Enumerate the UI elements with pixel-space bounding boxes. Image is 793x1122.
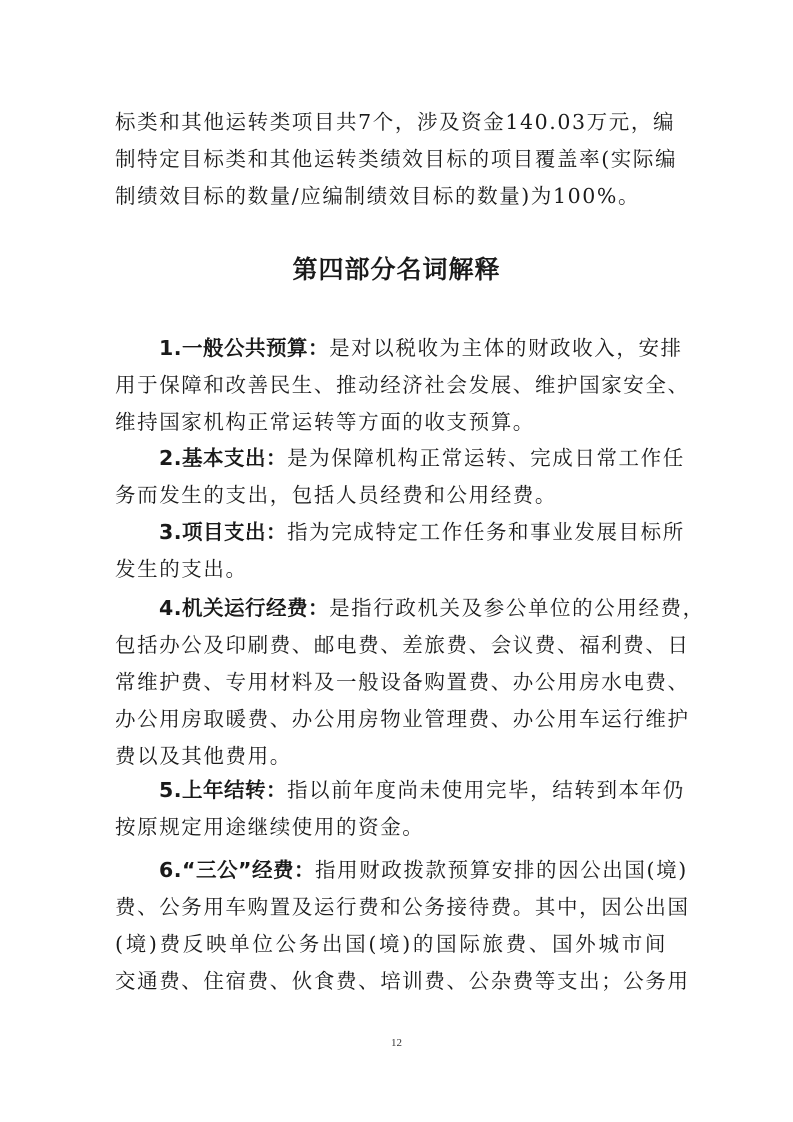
text-line: 发生的支出。 [115,551,667,588]
definition-term: 2.基本支出： [159,446,287,470]
definition-basic-expenditure: 2.基本支出：是为保障机构正常运转、完成日常工作任 务而发生的支出，包括人员经费… [115,440,667,514]
definition-three-public-expenses: 6.“三公”经费：指用财政拨款预算安排的因公出国(境) 费、公务用车购置及运行费… [115,852,667,1000]
text-line: 费以及其他费用。 [115,738,667,775]
definition-project-expenditure: 3.项目支出：指为完成特定工作任务和事业发展目标所 发生的支出。 [115,514,667,588]
text-line: 交通费、住宿费、伙食费、培训费、公杂费等支出；公务用 [115,963,667,1000]
definition-general-public-budget: 1.一般公共预算：是对以税收为主体的财政收入，安排 用于保障和改善民生、推动经济… [115,330,667,441]
text-line: 常维护费、专用材料及一般设备购置费、办公用房水电费、 [115,664,667,701]
definition-text: 是为保障机构正常运转、完成日常工作任 [287,446,685,470]
page-number: 12 [0,1037,793,1049]
definition-term: 5.上年结转： [159,778,287,802]
definition-operating-expenses: 4.机关运行经费：是指行政机关及参公单位的公用经费， 包括办公及印刷费、邮电费、… [115,590,667,775]
text-line: (境)费反映单位公务出国(境)的国际旅费、国外城市间 [115,926,667,963]
definition-term: 1.一般公共预算： [159,336,329,360]
definition-term: 3.项目支出： [159,520,287,544]
text-line: 办公用房取暖费、办公用房物业管理费、办公用车运行维护 [115,701,667,738]
text-line: 制绩效目标的数量/应编制绩效目标的数量)为100%。 [115,178,667,215]
text-line: 制特定目标类和其他运转类绩效目标的项目覆盖率(实际编 [115,141,667,178]
definition-term: 6.“三公”经费： [159,858,315,882]
definition-term: 4.机关运行经费： [159,596,329,620]
definition-text: 指以前年度尚未使用完毕，结转到本年仍 [287,778,685,802]
text-line: 包括办公及印刷费、邮电费、差旅费、会议费、福利费、日 [115,627,667,664]
text-line: 按原规定用途继续使用的资金。 [115,809,667,846]
definition-text: 指用财政拨款预算安排的因公出国(境) [315,858,688,882]
section-title: 第四部分名词解释 [0,250,793,286]
definition-text: 是指行政机关及参公单位的公用经费， [329,596,705,620]
document-page: 标类和其他运转类项目共7个，涉及资金140.03万元，编 制特定目标类和其他运转… [0,0,793,1122]
definition-text: 指为完成特定工作任务和事业发展目标所 [287,520,685,544]
text-line: 务而发生的支出，包括人员经费和公用经费。 [115,477,667,514]
definition-text: 是对以税收为主体的财政收入，安排 [329,336,683,360]
text-line: 费、公务用车购置及运行费和公务接待费。其中，因公出国 [115,889,667,926]
intro-paragraph: 标类和其他运转类项目共7个，涉及资金140.03万元，编 制特定目标类和其他运转… [115,104,667,215]
text-line: 维持国家机构正常运转等方面的收支预算。 [115,404,667,441]
definition-carryover: 5.上年结转：指以前年度尚未使用完毕，结转到本年仍 按原规定用途继续使用的资金。 [115,772,667,846]
text-line: 标类和其他运转类项目共7个，涉及资金140.03万元，编 [115,104,667,141]
text-line: 用于保障和改善民生、推动经济社会发展、维护国家安全、 [115,367,667,404]
